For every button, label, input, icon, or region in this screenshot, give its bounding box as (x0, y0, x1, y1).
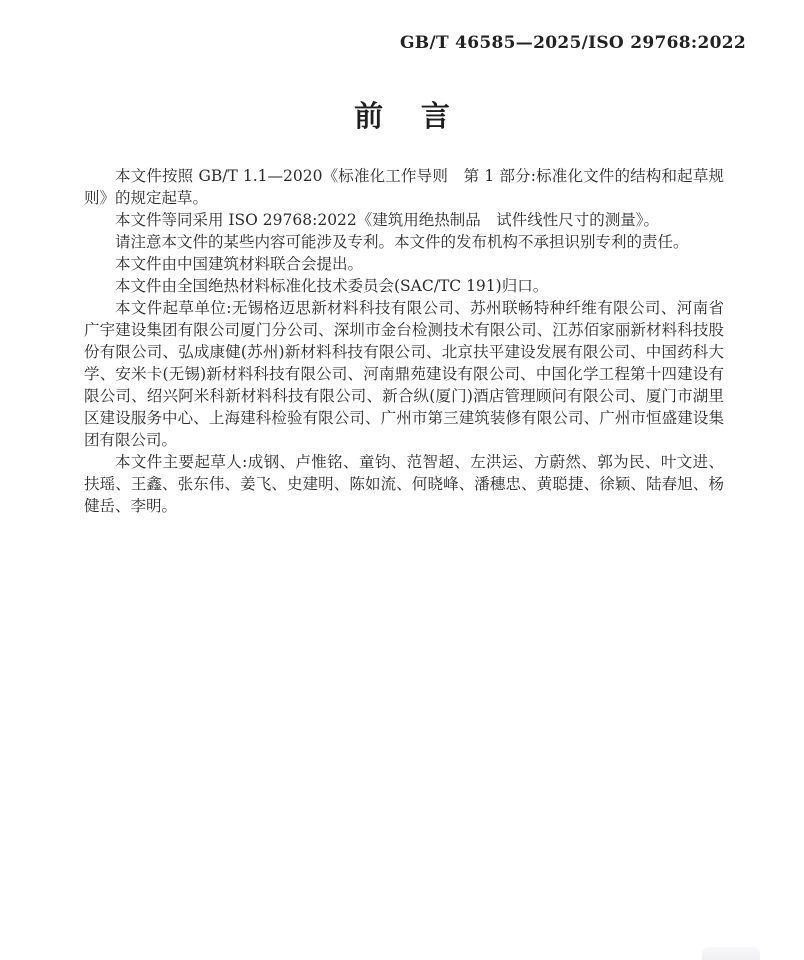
foreword-paragraph-drafting-organizations: 本文件起草单位:无锡格迈思新材料科技有限公司、苏州联畅特种纤维有限公司、河南省广… (84, 297, 724, 451)
foreword-paragraph-iso-adoption: 本文件等同采用 ISO 29768:2022《建筑用绝热制品 试件线性尺寸的测量… (84, 209, 724, 231)
scan-artifact (702, 947, 760, 960)
foreword-paragraph-patent-notice: 请注意本文件的某些内容可能涉及专利。本文件的发布机构不承担识别专利的责任。 (84, 231, 724, 253)
document-page: GB/T 46585—2025/ISO 29768:2022 前言 本文件按照 … (0, 0, 804, 960)
foreword-title: 前言 (0, 94, 804, 135)
foreword-paragraph-drafting-rules: 本文件按照 GB/T 1.1—2020《标准化工作导则 第 1 部分:标准化文件… (84, 165, 724, 209)
foreword-paragraph-committee: 本文件由全国绝热材料标准化技术委员会(SAC/TC 191)归口。 (84, 275, 724, 297)
standard-number-header: GB/T 46585—2025/ISO 29768:2022 (400, 33, 746, 53)
foreword-body: 本文件按照 GB/T 1.1—2020《标准化工作导则 第 1 部分:标准化文件… (84, 165, 724, 517)
foreword-paragraph-main-drafters: 本文件主要起草人:成钢、卢惟铭、童钧、范智超、左洪运、方蔚然、郭为民、叶文进、扶… (84, 451, 724, 517)
foreword-paragraph-proposed-by: 本文件由中国建筑材料联合会提出。 (84, 253, 724, 275)
